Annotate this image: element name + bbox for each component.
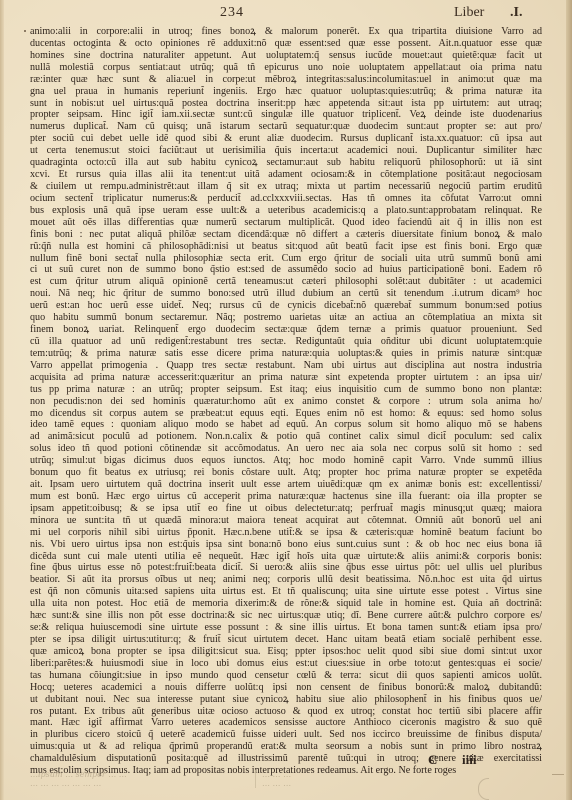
book-number: .I. bbox=[510, 5, 522, 21]
text-line: uerũ est:an hoc uerũ esse uidet̃. Neq; r… bbox=[30, 300, 542, 312]
text-line: ducentas octoginta & octo opiniones rẽ a… bbox=[30, 38, 542, 50]
signature-number: iiii bbox=[462, 752, 476, 768]
marginalia-line: … … … bbox=[262, 770, 372, 779]
text-line: ulla uita non potest. Hoc etiã de memori… bbox=[30, 598, 542, 610]
page-right-edge bbox=[566, 0, 572, 800]
text-line: bus explosis unã quã ipse ueram esse uul… bbox=[30, 205, 542, 217]
text-line: finis boni : nec putat aliquã philõæ sec… bbox=[30, 229, 542, 241]
text-line: ræ:inter quæ hæc sunt & alia:uel in corp… bbox=[30, 74, 542, 86]
text-line: ut dubitant noui. Nec sua interesse puta… bbox=[30, 694, 542, 706]
text-line: ci ut suũ curet non de summo bono q̃stio… bbox=[30, 264, 542, 276]
text-line: dicẽda sunt cui male utenti utilia eẽ ne… bbox=[30, 551, 542, 563]
text-line: mum est bonũ. Hæc ergo uirtus cũ acceper… bbox=[30, 491, 542, 503]
folio-number: 234 bbox=[220, 5, 244, 21]
handwritten-marginalia: …ipsum … semper … … … … … … … … … … … … … bbox=[30, 770, 510, 800]
text-line: xcvi. Et rursus quia illas alii ita tene… bbox=[30, 169, 542, 181]
text-line: sunt in nobis:ut uel uirtus:quã postea d… bbox=[30, 98, 542, 110]
text-line: pter sociũ cui debet uelle idẽ quod sibi… bbox=[30, 133, 542, 145]
text-line: nullã molestiã corpus sentiat:aut utrũq;… bbox=[30, 62, 542, 74]
text-line: quæ amicoꝝ bona propter se ipsa diligit:… bbox=[30, 646, 542, 658]
text-line: ait. Ipsam uero uirtutem quã doctrina in… bbox=[30, 479, 542, 491]
marginalia-line: … … … bbox=[262, 779, 372, 788]
text-line: hæc sunt:& sine illis non põt esse doctr… bbox=[30, 610, 542, 622]
text-line: quo habitu summũ bonum sectaremur. Nãq; … bbox=[30, 312, 542, 324]
text-line: ros putant. Ex tribus aũt generibus uitæ… bbox=[30, 706, 542, 718]
text-line: ideo tamẽ eques : quoniam aliquo modo se… bbox=[30, 419, 542, 431]
page-header: 234 Liber .I. bbox=[0, 5, 572, 23]
body-text-block: animo:alii in corpore:alii in utroq; fin… bbox=[30, 26, 542, 777]
text-line: se:& reliqua huiuscemodi sine uirtute es… bbox=[30, 622, 542, 634]
text-line: Varro appellat primogenia . Quapp tres s… bbox=[30, 360, 542, 372]
text-line: quadraginta octo:cũ illa aut sub habitu … bbox=[30, 157, 542, 169]
text-line: in pluribus cicero stoicũ q̃ ueterẽ acad… bbox=[30, 729, 542, 741]
text-line: ipsam appetit:oibusq; & se ipsa utit̃ eo… bbox=[30, 503, 542, 515]
text-line: rũ:q̃ñ nulla est homini cã philosophãdi:… bbox=[30, 241, 542, 253]
text-line: Hocq; ueteres academici a nouis differre… bbox=[30, 682, 542, 694]
text-line: pter se ipsa diligit uirtus:utitur:q; & … bbox=[30, 634, 542, 646]
text-line: ad animã:sicut poculũ ad potionem. Non.n… bbox=[30, 431, 542, 443]
text-line: liberi:parẽtes:& huiusmodi siue in loco … bbox=[30, 658, 542, 670]
text-line: fine q̃bus uirtus esse nõ potest:fruit̃:… bbox=[30, 562, 542, 574]
margin-rule-mark bbox=[552, 774, 564, 775]
text-line: mouet aũt oẽs illas differentias quæ num… bbox=[30, 217, 542, 229]
text-line: tem:utrũq; & prima naturæ satis esse dic… bbox=[30, 348, 542, 360]
text-line: solus ideo tñ quod potioni cõtinendæ sit… bbox=[30, 443, 542, 455]
text-line: tas humana cõiungit:siue in ipso mundo q… bbox=[30, 670, 542, 682]
text-line: noui. Nã neq; hic q̃ritur de summo bono:… bbox=[30, 288, 542, 300]
running-title: Liber bbox=[454, 5, 484, 21]
signature-mark: C iiii bbox=[0, 752, 572, 768]
text-line: homines sine doctrina naturaliter appetu… bbox=[30, 50, 542, 62]
text-line: beatior. Si aũt ita prorsus oĩbus ut neq… bbox=[30, 574, 542, 586]
text-line: utrũq; simul:ut bigas dicimus duos equos… bbox=[30, 455, 542, 467]
text-line: mant. Hæc igit̃ affirmat Varro ueteres a… bbox=[30, 717, 542, 729]
text-line: numerus duplicat̃. Nam cũ quisq; unã ist… bbox=[30, 121, 542, 133]
marginalia-line: … … … … … … … bbox=[30, 779, 250, 788]
text-line: ut certa tenemus:ut stoici faciũt:aut ut… bbox=[30, 145, 542, 157]
text-line: nis. Vbi uero uirtus ipsa non est:q̃uis … bbox=[30, 539, 542, 551]
handwritten-bracket-mark bbox=[478, 778, 489, 800]
marginalia-left-note: …ipsum … semper … … … … … … … … … bbox=[30, 770, 250, 788]
book-page: 234 Liber .I. animo:alii in corpore:alii… bbox=[0, 0, 572, 800]
text-line: gna uel praua in humanis reperiunt̃ inge… bbox=[30, 86, 542, 98]
text-line: tus pp prima naturæ : an utrũq; propter … bbox=[30, 384, 542, 396]
text-line: cũ illa quatuor ad unũ redigent̃:restabu… bbox=[30, 336, 542, 348]
text-line: finem bonoꝝ uariat. Relinquent̃ ergo duo… bbox=[30, 324, 542, 336]
text-line: & ciuilem ut rempu.administrẽt:aut illam… bbox=[30, 181, 542, 193]
text-line: minora ue sunt:ita tñ ut quædã minora:ut… bbox=[30, 515, 542, 527]
text-line: non pecudis:non dei sed hominis quæratur… bbox=[30, 396, 542, 408]
text-line: animo:alii in corpore:alii in utroq; fin… bbox=[30, 26, 542, 38]
text-line: propter seipsam. Hinc igit̃ iam.xii.sect… bbox=[30, 109, 542, 121]
text-line: mi uel corporis nihil sibi uirtus p̃poni… bbox=[30, 527, 542, 539]
text-line: bonum quo fit beatus ex utriusq; rei bon… bbox=[30, 467, 542, 479]
text-line: est q̃ñ non cõmunis uita:sed sapiens uit… bbox=[30, 586, 542, 598]
page-left-edge bbox=[0, 0, 4, 800]
text-line: nullum finẽ boni sectat̃ nulla philosoph… bbox=[30, 253, 542, 265]
text-line: ocium sectent̃ triplicatur numerus:& per… bbox=[30, 193, 542, 205]
marginalia-line: …ipsum … semper … … bbox=[30, 770, 250, 779]
ink-speck bbox=[24, 30, 26, 32]
text-line: mo dicendus sit corpus autem se præbeat:… bbox=[30, 408, 542, 420]
text-line: acquisita ad prima naturæ accesserit:quæ… bbox=[30, 372, 542, 384]
signature-letter: C bbox=[428, 752, 437, 768]
marginalia-right-note: … … … … … … bbox=[255, 770, 372, 788]
text-line: est cum q̃ritur utrum aliquã opinionẽ ce… bbox=[30, 276, 542, 288]
